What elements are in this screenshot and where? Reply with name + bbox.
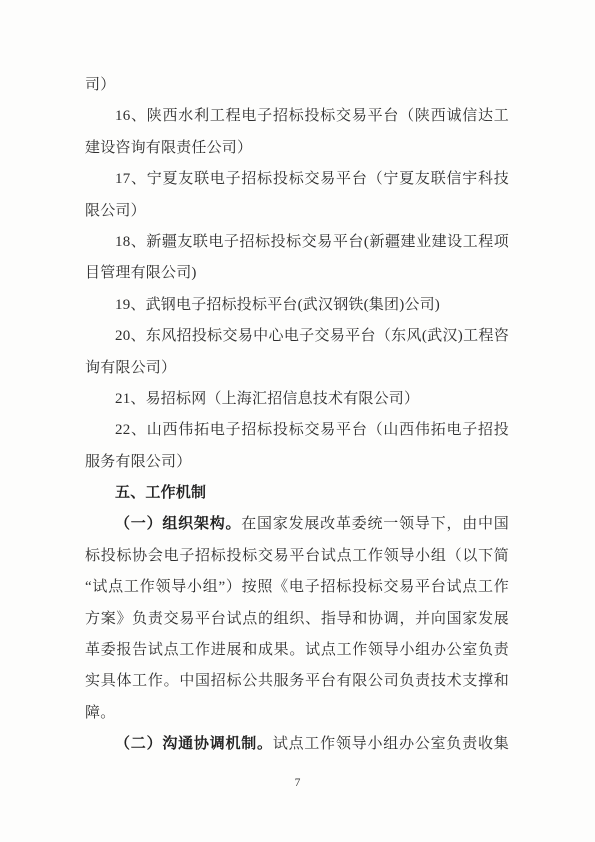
- item15-continuation-line: 司）: [85, 70, 509, 101]
- para-communication-lead-bold: （二）沟通协调机制。: [115, 736, 273, 752]
- page-body: 司） 16、陕西水利工程电子招标投标交易平台（陕西诚信达工程 建设咨询有限责任公…: [85, 70, 509, 761]
- para-org-structure-line4: 方案》负责交易平台试点的组织、指导和协调，并向国家发展改: [85, 604, 509, 635]
- para-org-structure-line6: 实具体工作。中国招标公共服务平台有限公司负责技术支撑和保: [85, 666, 509, 697]
- item20-line1: 20、东风招投标交易中心电子交易平台（东风(武汉)工程咨: [85, 321, 509, 352]
- document-page: 司） 16、陕西水利工程电子招标投标交易平台（陕西诚信达工程 建设咨询有限责任公…: [0, 0, 595, 842]
- para-org-structure-line3: “试点工作领导小组”）按照《电子招标投标交易平台试点工作: [85, 572, 509, 603]
- item20-line2: 询有限公司）: [85, 353, 509, 384]
- para-org-structure-lead-bold: （一）组织架构。: [115, 516, 241, 532]
- para-org-structure-line7: 障。: [85, 698, 509, 729]
- item16-line2: 建设咨询有限责任公司）: [85, 133, 509, 164]
- item19-line: 19、武钢电子招标投标平台(武汉钢铁(集团)公司): [85, 290, 509, 321]
- page-number: 7: [0, 777, 595, 789]
- para-org-structure-line1: （一）组织架构。在国家发展改革委统一领导下，由中国招: [85, 509, 509, 540]
- item21-line: 21、易招标网（上海汇招信息技术有限公司）: [85, 384, 509, 415]
- item22-line2: 服务有限公司）: [85, 447, 509, 478]
- item17-line2: 限公司）: [85, 196, 509, 227]
- section5-heading: 五、工作机制: [85, 478, 509, 509]
- para-org-structure-line5: 革委报告试点工作进展和成果。试点工作领导小组办公室负责落: [85, 635, 509, 666]
- item18-line2: 目管理有限公司): [85, 258, 509, 289]
- item22-line1: 22、山西伟拓电子招标投标交易平台（山西伟拓电子招投标: [85, 415, 509, 446]
- item18-line1: 18、新疆友联电子招标投标交易平台(新疆建业建设工程项: [85, 227, 509, 258]
- item17-line1: 17、宁夏友联电子招标投标交易平台（宁夏友联信宇科技有: [85, 164, 509, 195]
- item16-line1: 16、陕西水利工程电子招标投标交易平台（陕西诚信达工程: [85, 101, 509, 132]
- para-org-structure-line2: 标投标协会电子招标投标交易平台试点工作领导小组（以下简称: [85, 541, 509, 572]
- para-communication-line1: （二）沟通协调机制。试点工作领导小组办公室负责收集总: [85, 729, 509, 760]
